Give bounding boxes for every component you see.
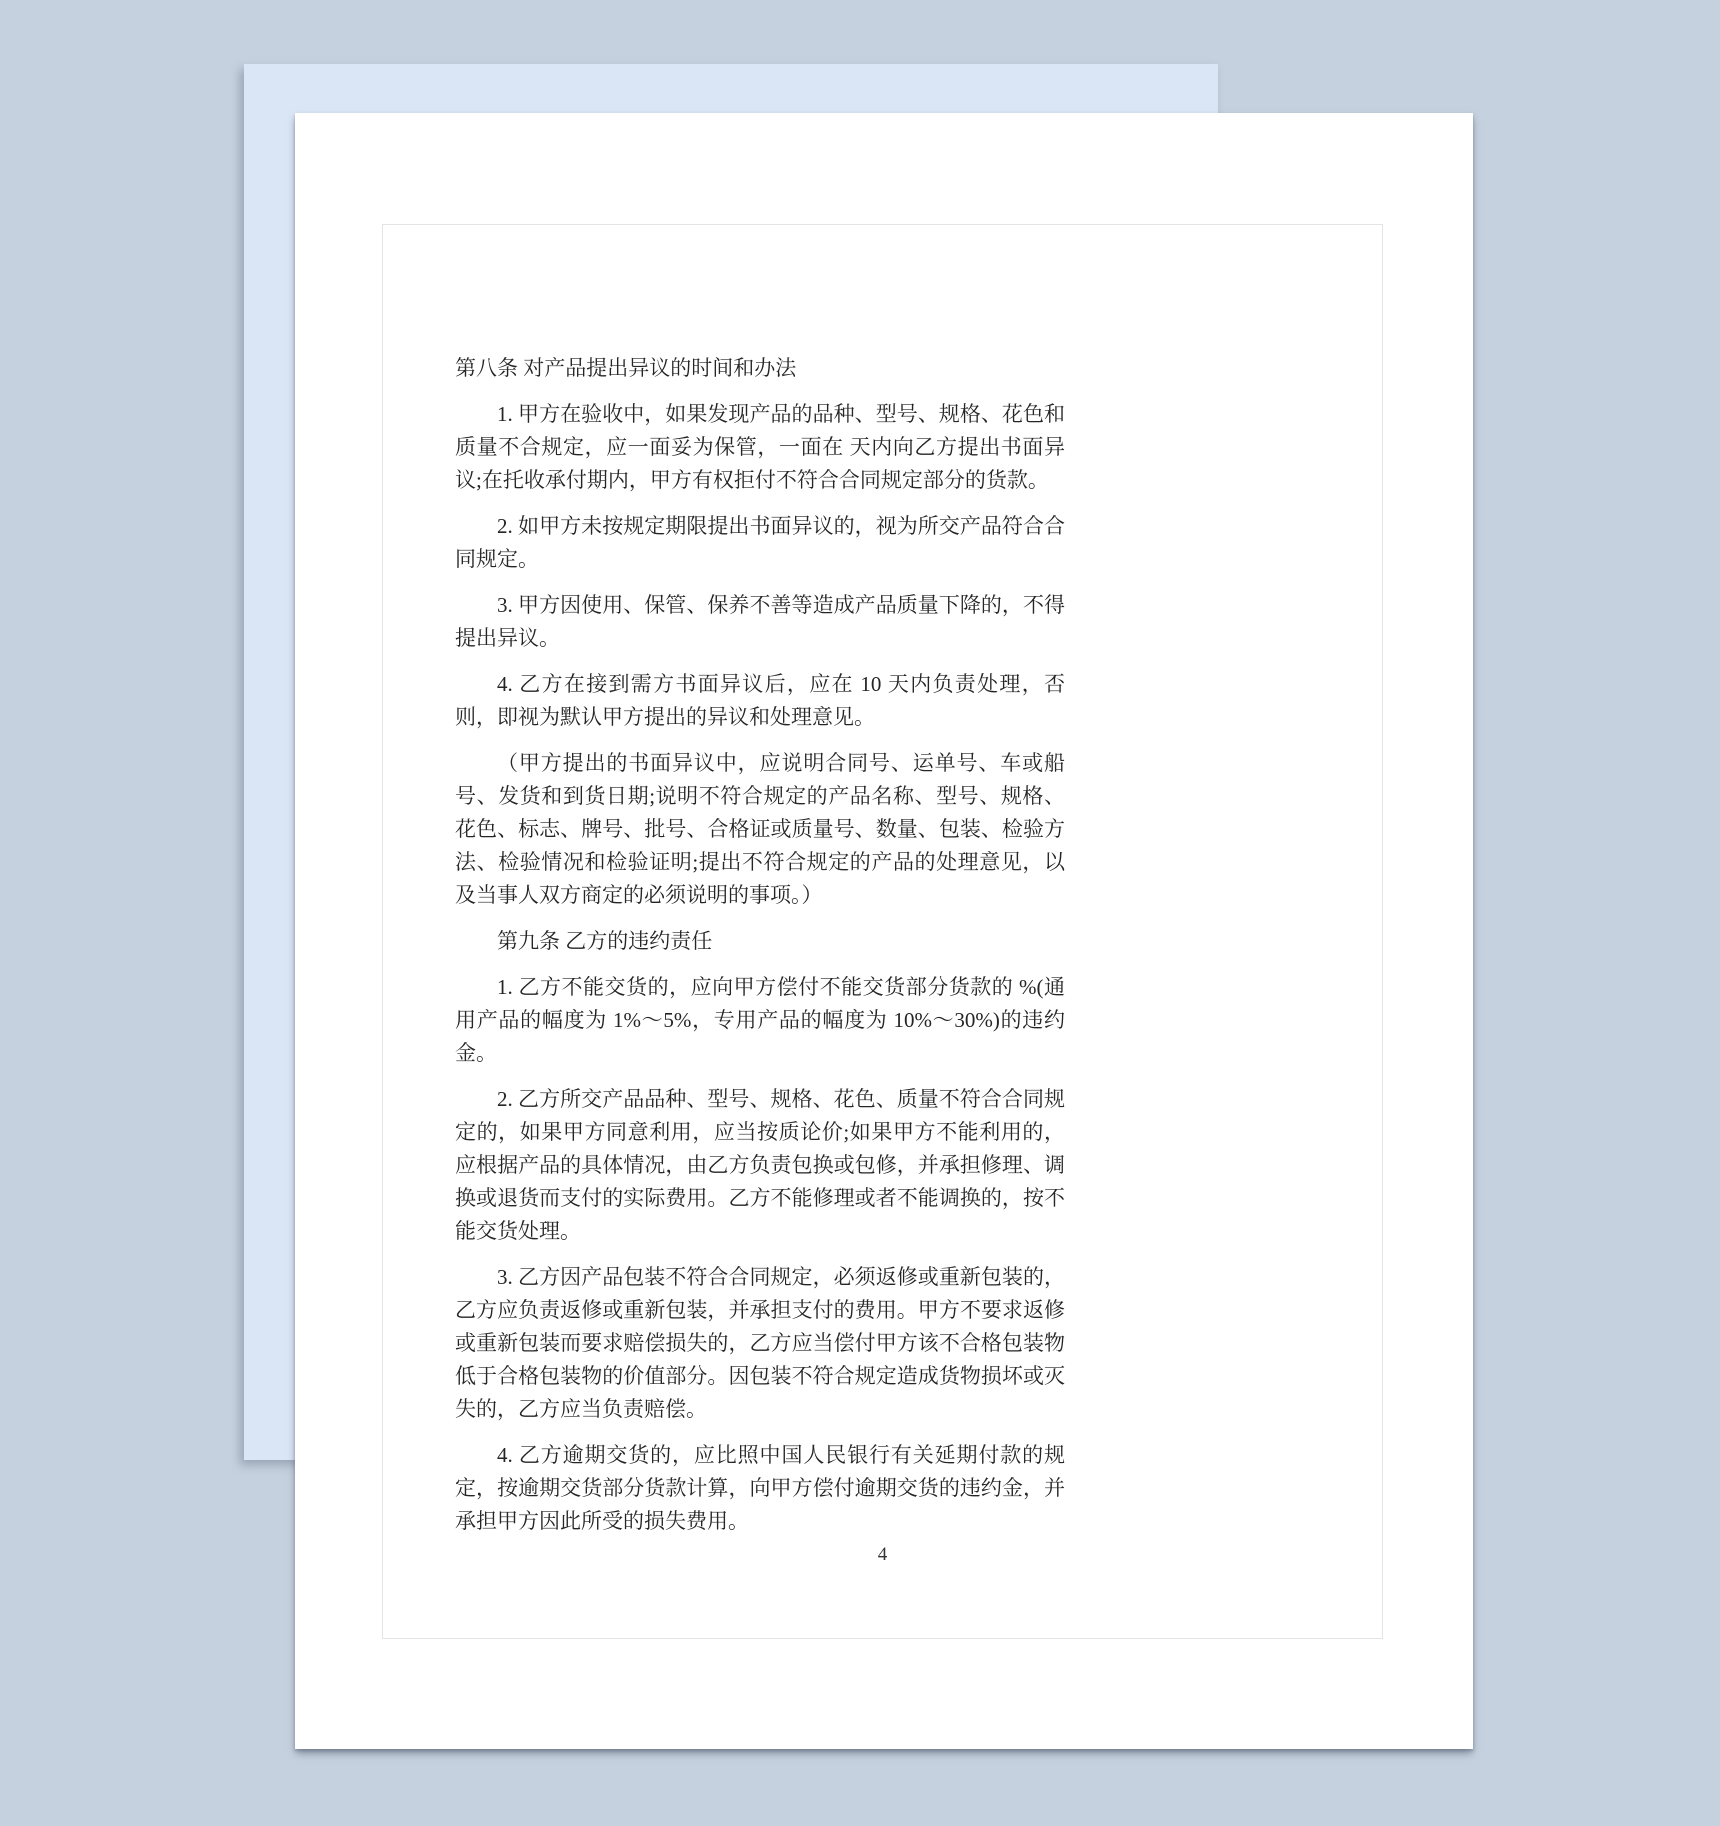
article-9-clause-4: 4. 乙方逾期交货的，应比照中国人民银行有关延期付款的规定，按逾期交货部分货款计… [455, 1439, 1065, 1538]
article-9-clause-3: 3. 乙方因产品包装不符合合同规定，必须返修或重新包装的，乙方应负责返修或重新包… [455, 1261, 1065, 1426]
article-9-clause-1: 1. 乙方不能交货的，应向甲方偿付不能交货部分货款的 %(通用产品的幅度为 1%… [455, 971, 1065, 1070]
page-number: 4 [382, 1543, 1383, 1567]
article-8-clause-1: 1. 甲方在验收中，如果发现产品的品种、型号、规格、花色和质量不合规定，应一面妥… [455, 398, 1065, 497]
article-8-clause-3: 3. 甲方因使用、保管、保养不善等造成产品质量下降的，不得提出异议。 [455, 589, 1065, 655]
article-8-clause-4: 4. 乙方在接到需方书面异议后，应在 10 天内负责处理，否则，即视为默认甲方提… [455, 668, 1065, 734]
article-9-clause-2: 2. 乙方所交产品品种、型号、规格、花色、质量不符合合同规定的，如果甲方同意利用… [455, 1083, 1065, 1248]
desktop-background: 第八条 对产品提出异议的时间和办法 1. 甲方在验收中，如果发现产品的品种、型号… [0, 0, 1720, 1826]
article-9-heading: 第九条 乙方的违约责任 [455, 925, 1065, 958]
document-body: 第八条 对产品提出异议的时间和办法 1. 甲方在验收中，如果发现产品的品种、型号… [455, 352, 1065, 1538]
document-page: 第八条 对产品提出异议的时间和办法 1. 甲方在验收中，如果发现产品的品种、型号… [295, 113, 1473, 1749]
article-8-clause-2: 2. 如甲方未按规定期限提出书面异议的，视为所交产品符合合同规定。 [455, 510, 1065, 576]
article-8-parenthetical-note: （甲方提出的书面异议中，应说明合同号、运单号、车或船号、发货和到货日期;说明不符… [455, 747, 1065, 912]
article-8-heading: 第八条 对产品提出异议的时间和办法 [455, 352, 1065, 385]
